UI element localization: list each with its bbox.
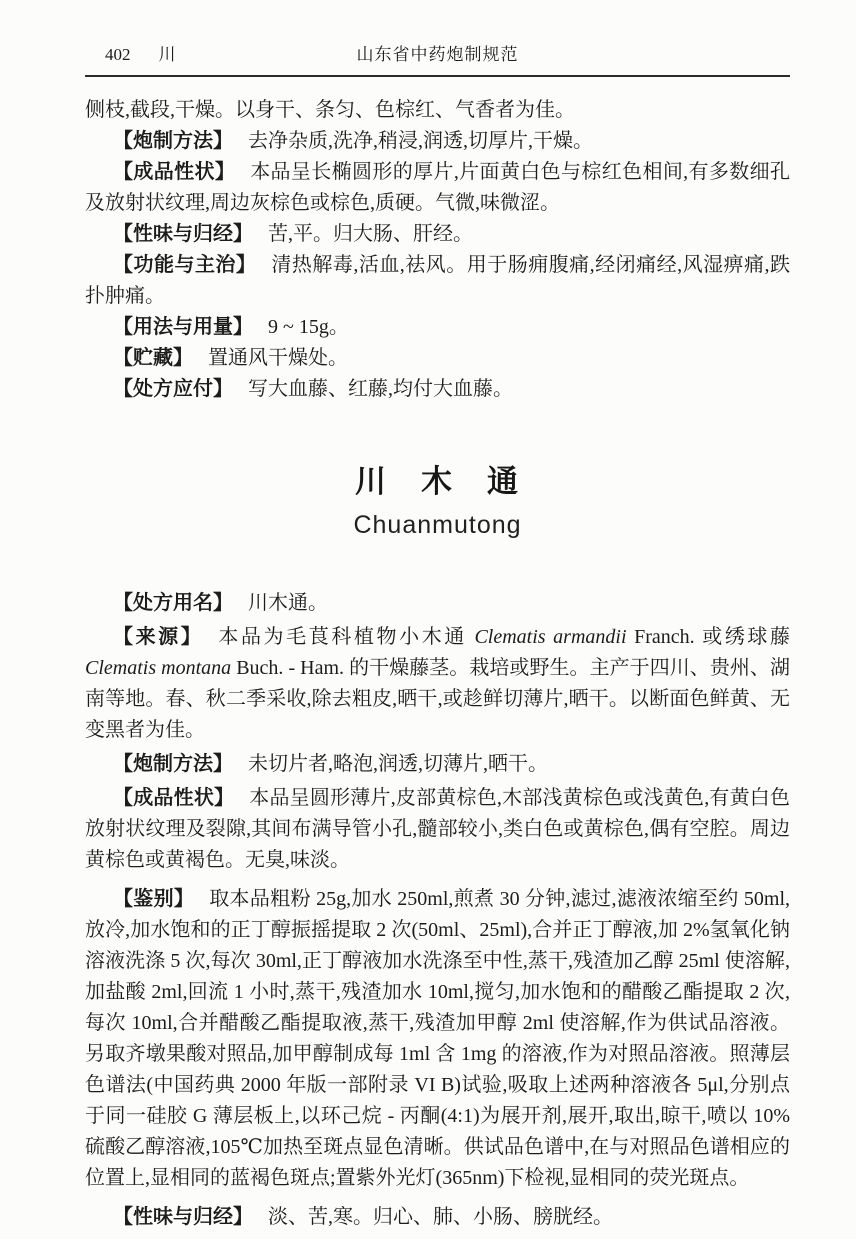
section-text: Franch. 或绣球藤 <box>627 626 791 648</box>
section-label: 【性味与归经】 <box>113 223 253 245</box>
paragraph-zhucang: 【贮藏】置通风干燥处。 <box>85 343 790 374</box>
section-label: 【处方应付】 <box>113 378 233 400</box>
section-label: 【炮制方法】 <box>113 130 233 152</box>
paragraph-laiyuan: 【来源】本品为毛茛科植物小木通 Clematis armandii Franch… <box>85 622 790 746</box>
paragraph-xingwei-guijing: 【性味与归经】苦,平。归大肠、肝经。 <box>85 219 790 250</box>
previous-monograph-section: 侧枝,截段,干燥。以身干、条匀、色棕红、气香者为佳。 【炮制方法】去净杂质,洗净… <box>85 95 790 405</box>
paragraph-jianbie: 【鉴别】取本品粗粉 25g,加水 250ml,煎煮 30 分钟,滤过,滤液浓缩至… <box>85 884 790 1194</box>
section-label: 【来源】 <box>113 626 203 648</box>
paragraph-chufang-yingfu: 【处方应付】写大血藤、红藤,均付大血藤。 <box>85 374 790 405</box>
latin-name: Clematis armandii <box>474 626 626 648</box>
chuanmutong-monograph-section: 【处方用名】川木通。 【来源】本品为毛茛科植物小木通 Clematis arma… <box>85 588 790 1233</box>
monograph-title-block: 川 木 通 Chuanmutong <box>85 463 790 540</box>
section-text: 川木通。 <box>248 592 328 614</box>
paragraph-yongfa-yongliang: 【用法与用量】9 ~ 15g。 <box>85 312 790 343</box>
section-label: 【性味与归经】 <box>113 1206 253 1228</box>
section-text: 本品为毛茛科植物小木通 <box>218 626 474 648</box>
paragraph-chufang-yongming: 【处方用名】川木通。 <box>85 588 790 619</box>
latin-name: Clematis montana <box>85 657 231 679</box>
section-label: 【功能与主治】 <box>113 254 256 276</box>
paragraph-paozhi-fangfa: 【炮制方法】去净杂质,洗净,稍浸,润透,切厚片,干燥。 <box>85 126 790 157</box>
section-text: 9 ~ 15g。 <box>268 316 349 338</box>
section-label: 【处方用名】 <box>113 592 233 614</box>
monograph-title-pinyin: Chuanmutong <box>85 510 790 540</box>
section-text: 取本品粗粉 25g,加水 250ml,煎煮 30 分钟,滤过,滤液浓缩至约 50… <box>85 888 790 1189</box>
monograph-title-cn: 川 木 通 <box>85 463 790 501</box>
paragraph-gongneng-zhuzhi: 【功能与主治】清热解毒,活血,祛风。用于肠痈腹痛,经闭痛经,风湿痹痛,跌扑肿痛。 <box>85 250 790 312</box>
page-header: 402 川 山东省中药炮制规范 <box>85 0 790 66</box>
section-label: 【成品性状】 <box>113 161 235 183</box>
section-label: 【成品性状】 <box>113 787 234 809</box>
section-label: 【贮藏】 <box>113 347 193 369</box>
running-title: 山东省中药炮制规范 <box>85 44 790 66</box>
section-text: 置通风干燥处。 <box>208 347 348 369</box>
section-label: 【鉴别】 <box>113 888 194 910</box>
paragraph-chengpin-xingzhuang: 【成品性状】本品呈长椭圆形的厚片,片面黄白色与棕红色相间,有多数细孔及放射状纹理… <box>85 157 790 219</box>
section-text: 淡、苦,寒。归心、肺、小肠、膀胱经。 <box>268 1206 613 1228</box>
continuation-paragraph: 侧枝,截段,干燥。以身干、条匀、色棕红、气香者为佳。 <box>85 95 790 126</box>
page-body: 侧枝,截段,干燥。以身干、条匀、色棕红、气香者为佳。 【炮制方法】去净杂质,洗净… <box>85 77 790 1233</box>
paragraph-chengpin-xingzhuang: 【成品性状】本品呈圆形薄片,皮部黄棕色,木部浅黄棕色或浅黄色,有黄白色放射状纹理… <box>85 783 790 876</box>
section-text: 去净杂质,洗净,稍浸,润透,切厚片,干燥。 <box>248 130 593 152</box>
book-page: 402 川 山东省中药炮制规范 侧枝,截段,干燥。以身干、条匀、色棕红、气香者为… <box>0 0 856 1239</box>
paragraph-xingwei-guijing: 【性味与归经】淡、苦,寒。归心、肺、小肠、膀胱经。 <box>85 1202 790 1233</box>
paragraph-paozhi-fangfa: 【炮制方法】未切片者,略泡,润透,切薄片,晒干。 <box>85 749 790 780</box>
section-label: 【用法与用量】 <box>113 316 253 338</box>
section-text: 苦,平。归大肠、肝经。 <box>268 223 473 245</box>
section-text: 写大血藤、红藤,均付大血藤。 <box>248 378 513 400</box>
section-text: 未切片者,略泡,润透,切薄片,晒干。 <box>248 753 548 775</box>
section-label: 【炮制方法】 <box>113 753 233 775</box>
